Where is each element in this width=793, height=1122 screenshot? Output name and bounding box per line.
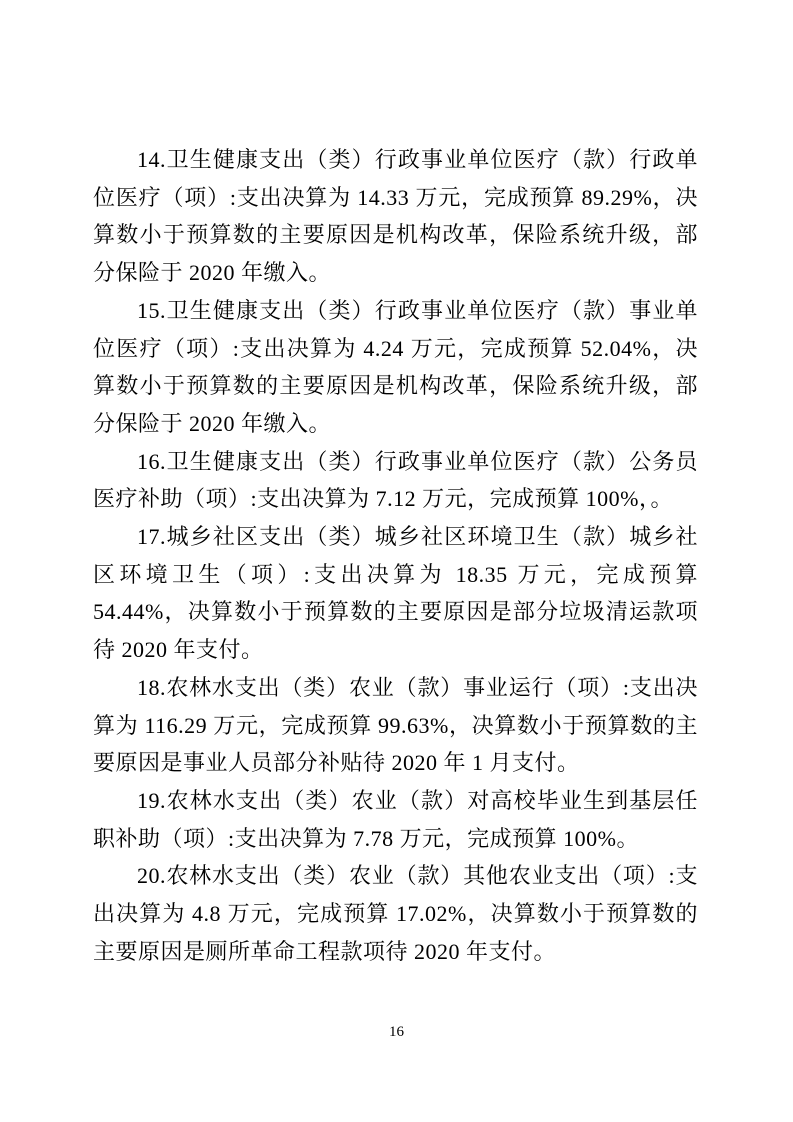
paragraph-17: 17.城乡社区支出（类）城乡社区环境卫生（款）城乡社区环境卫生（项）:支出决算为… [93, 518, 698, 669]
paragraph-16: 16.卫生健康支出（类）行政事业单位医疗（款）公务员医疗补助（项）:支出决算为 … [93, 443, 698, 518]
paragraph-19: 19.农林水支出（类）农业（款）对高校毕业生到基层任职补助（项）:支出决算为 7… [93, 782, 698, 857]
document-body: 14.卫生健康支出（类）行政事业单位医疗（款）行政单位医疗（项）:支出决算为 1… [93, 141, 698, 970]
document-page: 14.卫生健康支出（类）行政事业单位医疗（款）行政单位医疗（项）:支出决算为 1… [0, 0, 793, 1122]
page-number: 16 [0, 1022, 793, 1042]
paragraph-20: 20.农林水支出（类）农业（款）其他农业支出（项）:支出决算为 4.8 万元，完… [93, 857, 698, 970]
paragraph-18: 18.农林水支出（类）农业（款）事业运行（项）:支出决算为 116.29 万元，… [93, 669, 698, 782]
paragraph-14: 14.卫生健康支出（类）行政事业单位医疗（款）行政单位医疗（项）:支出决算为 1… [93, 141, 698, 292]
paragraph-15: 15.卫生健康支出（类）行政事业单位医疗（款）事业单位医疗（项）:支出决算为 4… [93, 292, 698, 443]
